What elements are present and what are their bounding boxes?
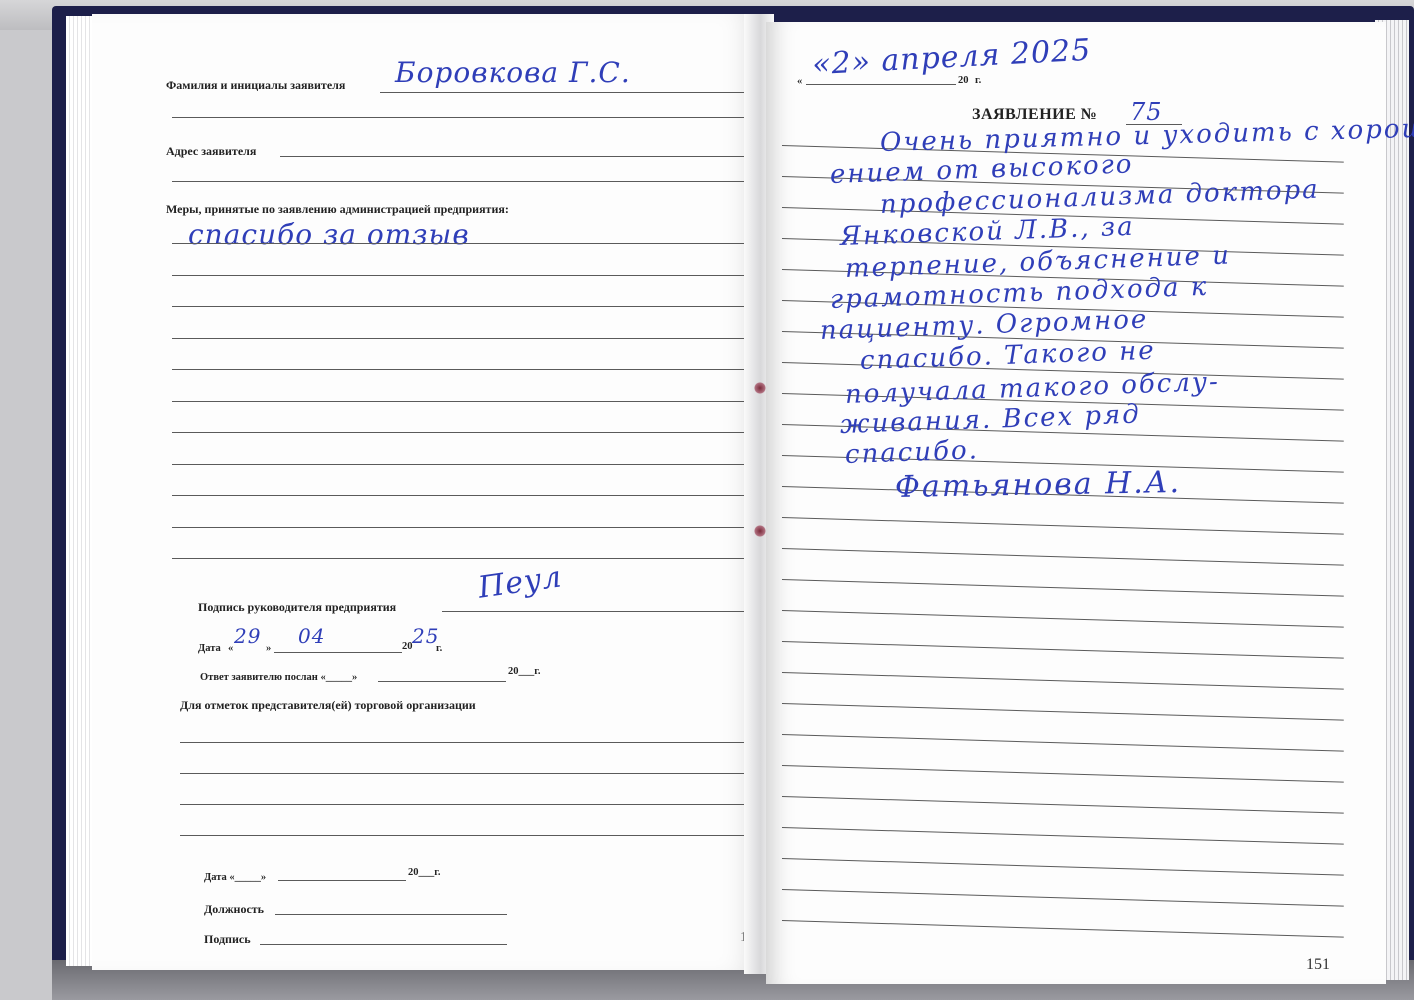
statement-line: спасибо. [844, 435, 979, 470]
ruled-line [180, 742, 752, 743]
ruled-line [172, 464, 747, 465]
ruled-line [172, 306, 747, 307]
ruled-line [172, 495, 747, 496]
date-month-line [274, 652, 402, 653]
position-line [275, 914, 507, 915]
rep-date-line [278, 880, 406, 881]
statement-title: ЗАЯВЛЕНИЕ № [972, 106, 1097, 124]
measures-value: спасибо за отзыв [188, 218, 470, 251]
address-line-2 [172, 181, 745, 182]
ruled-line [172, 527, 747, 528]
ruled-line [172, 369, 747, 370]
signature-label: Подпись [204, 932, 251, 947]
ruled-line [172, 338, 747, 339]
right-date-year-prefix: 20 [958, 75, 969, 86]
right-date-line [806, 84, 956, 85]
date-day-value: 29 [234, 624, 261, 648]
ruled-line [172, 432, 747, 433]
rep-date-year: 20___г. [408, 867, 440, 878]
manager-signature-line [442, 611, 750, 612]
representative-notes-label: Для отметок представителя(ей) торговой о… [180, 698, 476, 713]
right-page-number: 151 [1306, 956, 1330, 974]
date-close-quote: » [266, 643, 271, 654]
address-label: Адрес заявителя [166, 144, 256, 159]
applicant-name-label: Фамилия и инициалы заявителя [166, 78, 345, 93]
ruled-line [172, 401, 747, 402]
applicant-name-line [380, 92, 745, 93]
right-date-open-quote: « [797, 76, 802, 87]
date-open-quote: « [228, 643, 233, 654]
ruled-line [180, 804, 752, 805]
date-month-value: 04 [298, 624, 325, 648]
ruled-line [172, 275, 747, 276]
address-line [280, 156, 745, 157]
right-date-suffix: г. [975, 75, 981, 86]
rep-date-label: Дата «_____» [204, 872, 266, 883]
binding-stitch-bottom [754, 525, 766, 537]
reply-sent-line [378, 681, 506, 682]
reply-sent-year: 20___г. [508, 666, 540, 677]
reply-sent-label: Ответ заявителю послан «_____» [200, 672, 357, 683]
applicant-name-value: Боровкова Г.С. [395, 56, 631, 89]
measures-label: Меры, принятые по заявлению администраци… [166, 202, 509, 217]
binding-stitch-top [754, 382, 766, 394]
ruled-line [180, 773, 752, 774]
manager-signature-label: Подпись руководителя предприятия [198, 600, 396, 615]
applicant-name-line-2 [172, 117, 745, 118]
ruled-line [172, 243, 747, 244]
date-year-prefix: 20 [402, 641, 413, 652]
position-label: Должность [204, 902, 264, 917]
date-label: Дата [198, 643, 221, 654]
ruled-line [172, 558, 747, 559]
signature-line [260, 944, 507, 945]
statement-line: Фатьянова Н.А. [895, 465, 1182, 505]
ruled-line [180, 835, 752, 836]
date-suffix: г. [436, 643, 442, 654]
